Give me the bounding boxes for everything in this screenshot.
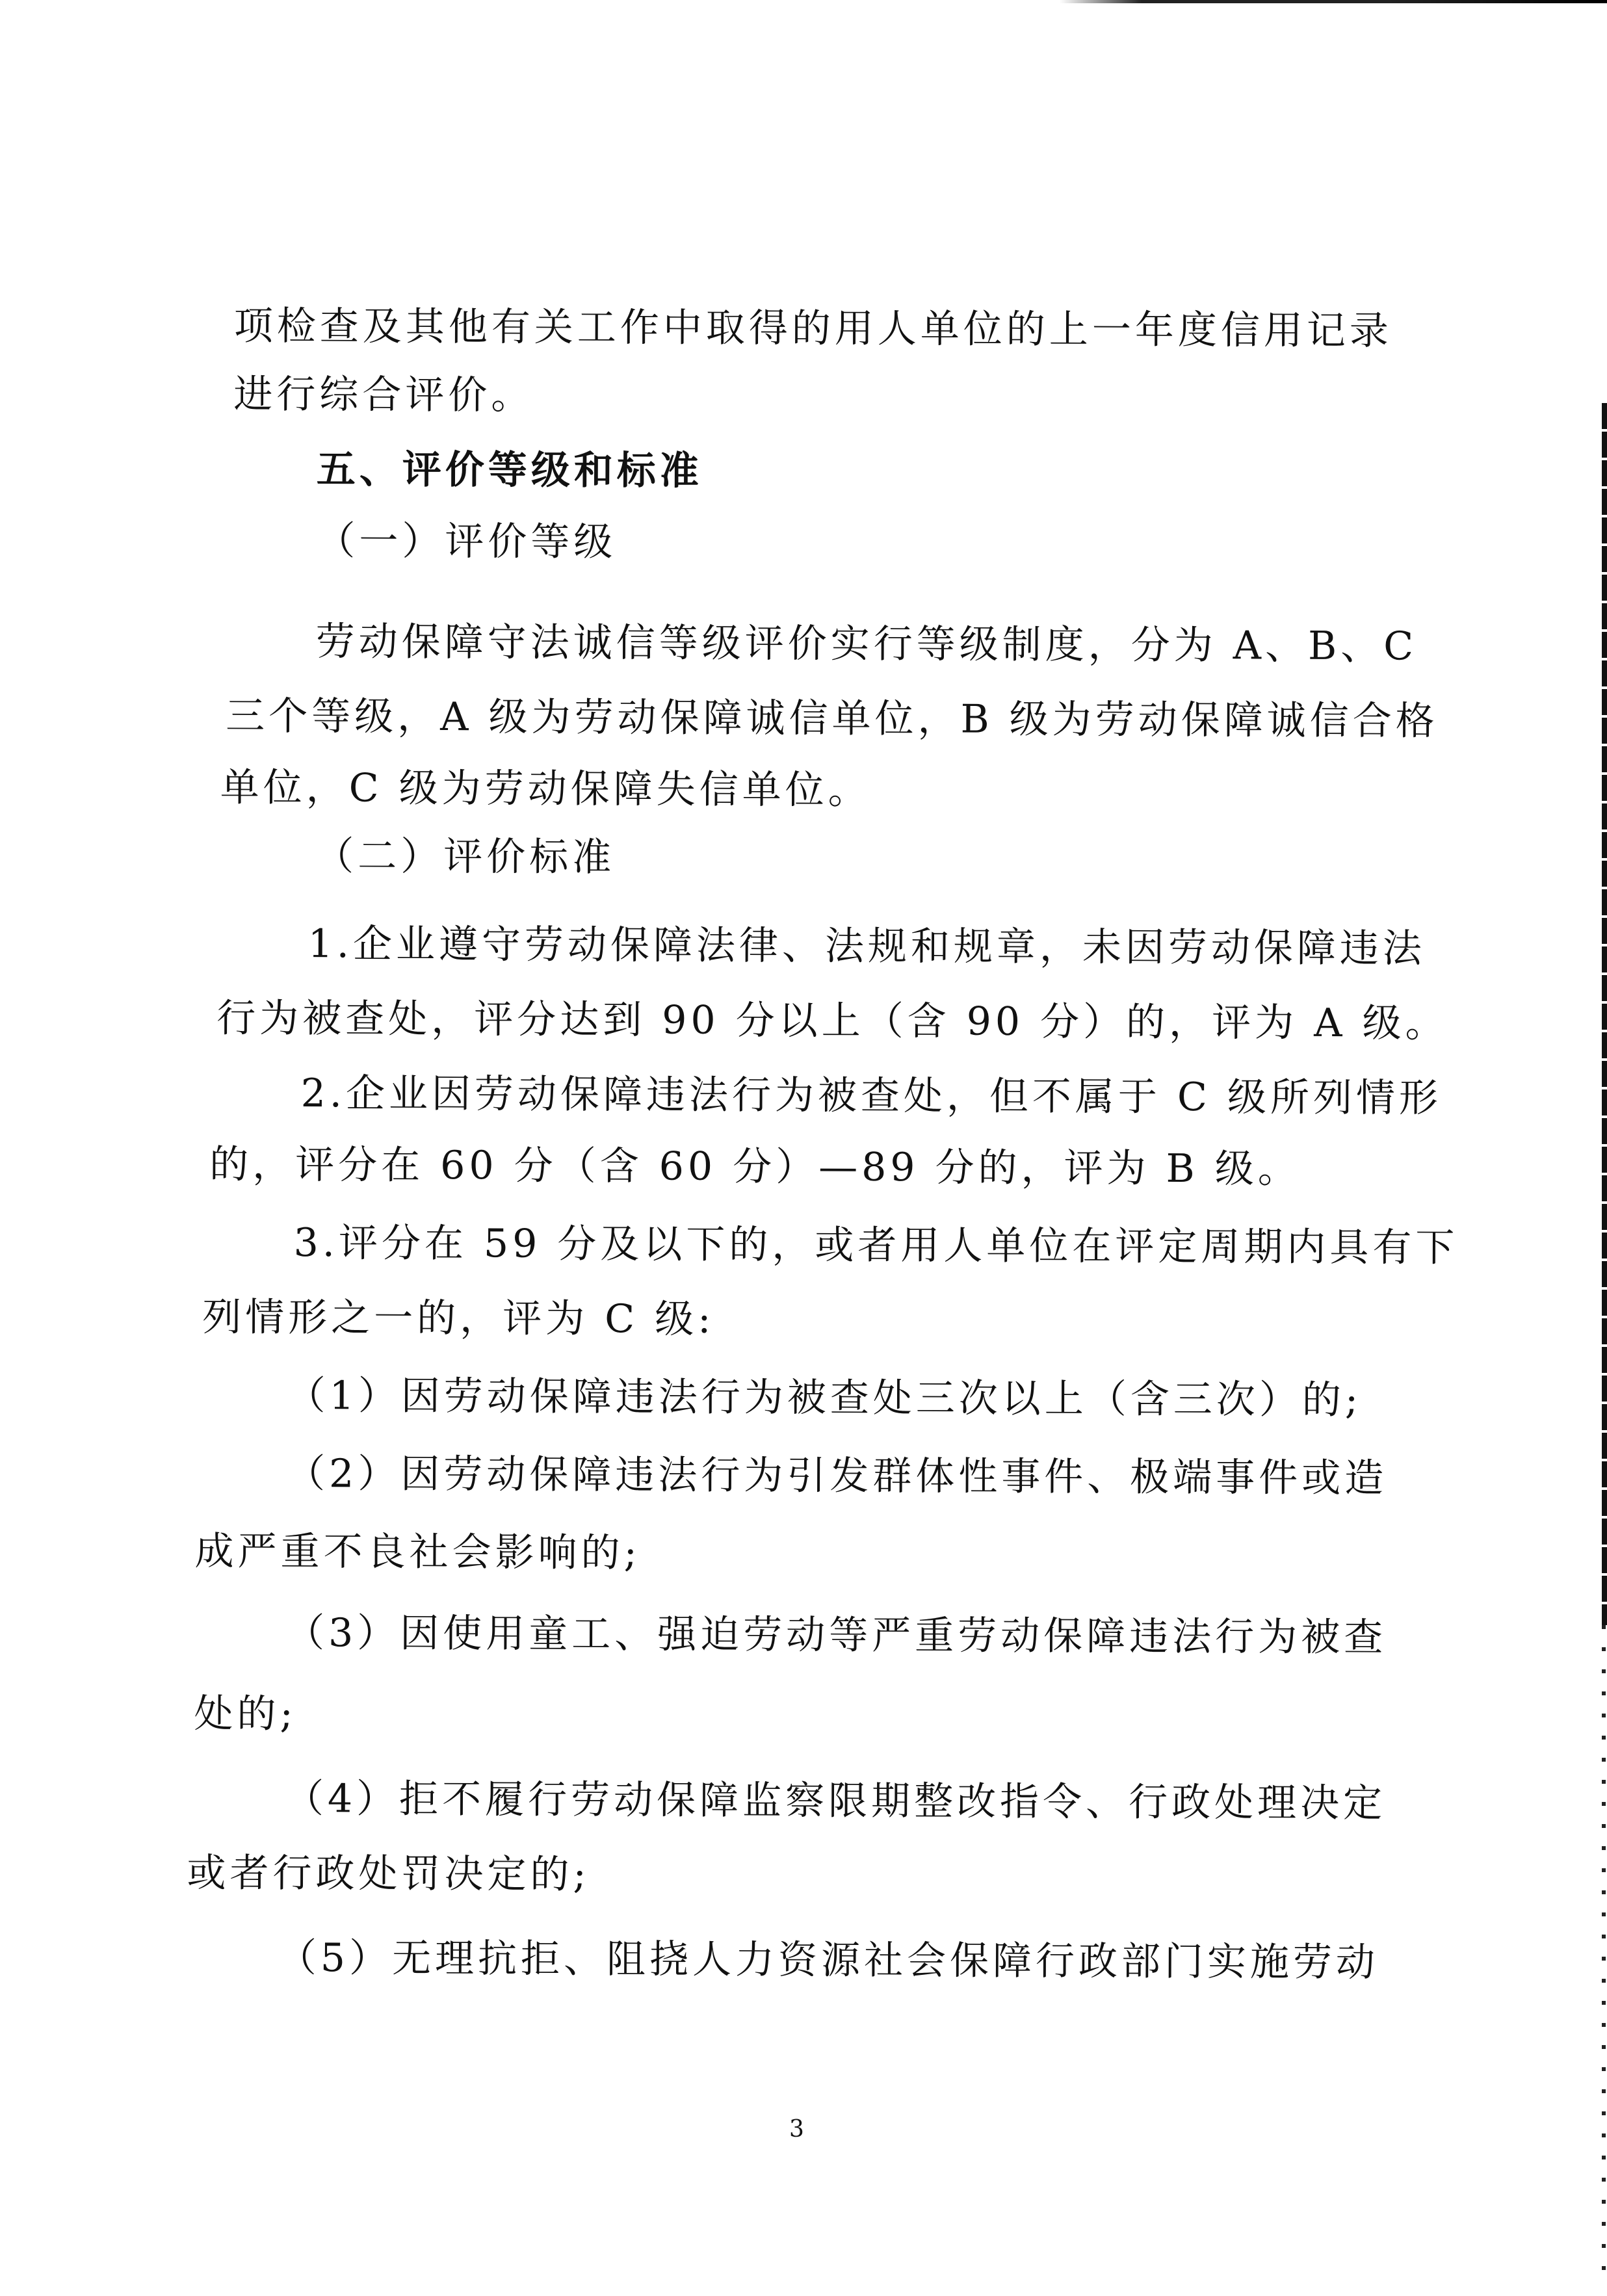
criterion-1-line-2: 行为被查处，评分达到 90 分以上（含 90 分）的，评为 A 级。 — [216, 998, 1448, 1043]
section-heading: 五、评价等级和标准 — [317, 450, 703, 491]
item-3-line-2: 处的; — [194, 1694, 296, 1734]
criterion-2-line-1: 2.企业因劳动保障违法行为被查处，但不属于 C 级所列情形 — [301, 1074, 1443, 1118]
body-line-grades-1: 劳动保障守法诚信等级评价实行等级制度，分为 A、B、C — [316, 622, 1418, 666]
item-5-line-1: （5）无理抗拒、阻挠人力资源社会保障行政部门实施劳动 — [278, 1938, 1379, 1982]
body-line-grades-3: 单位，C 级为劳动保障失信单位。 — [220, 768, 871, 809]
scan-edge-artifact-top — [1060, 0, 1607, 3]
criterion-3-line-1: 3.评分在 59 分及以下的，或者用人单位在评定周期内具有下 — [294, 1223, 1459, 1268]
item-1: （1）因劳动保障违法行为被查处三次以上（含三次）的; — [287, 1376, 1363, 1420]
item-3-line-1: （3）因使用童工、强迫劳动等严重劳动保障违法行为被查 — [285, 1613, 1387, 1657]
item-4-line-2: 或者行政处罚决定的; — [187, 1853, 590, 1894]
criterion-1-line-1: 1.企业遵守劳动保障法律、法规和规章，未因劳动保障违法 — [308, 924, 1426, 969]
scan-edge-artifact-right — [1602, 403, 1607, 1625]
subsection-heading-standards: （二）评价标准 — [315, 837, 615, 877]
page-number: 3 — [789, 2116, 804, 2143]
scan-edge-dots-right — [1602, 1625, 1606, 2275]
criterion-3-line-2: 列情形之一的，评为 C 级: — [202, 1298, 715, 1338]
item-4-line-1: （4）拒不履行劳动保障监察限期整改指令、行政处理决定 — [285, 1779, 1386, 1823]
body-line-grades-2: 三个等级，A 级为劳动保障诚信单位，B 级为劳动保障诚信合格 — [226, 697, 1439, 741]
subsection-heading-grades: （一）评价等级 — [316, 521, 616, 562]
criterion-2-line-2: 的，评分在 60 分（含 60 分）—89 分的，评为 B 级。 — [209, 1145, 1301, 1188]
body-line-2: 进行综合评价。 — [233, 375, 534, 415]
body-line-1: 项检查及其他有关工作中取得的用人单位的上一年度信用记录 — [234, 307, 1392, 351]
item-2-line-2: 成严重不良社会影响的; — [194, 1532, 640, 1572]
item-2-line-1: （2）因劳动保障违法行为引发群体性事件、极端事件或造 — [286, 1454, 1387, 1498]
scanned-page: 项检查及其他有关工作中取得的用人单位的上一年度信用记录 进行综合评价。 五、评价… — [0, 0, 1607, 2296]
